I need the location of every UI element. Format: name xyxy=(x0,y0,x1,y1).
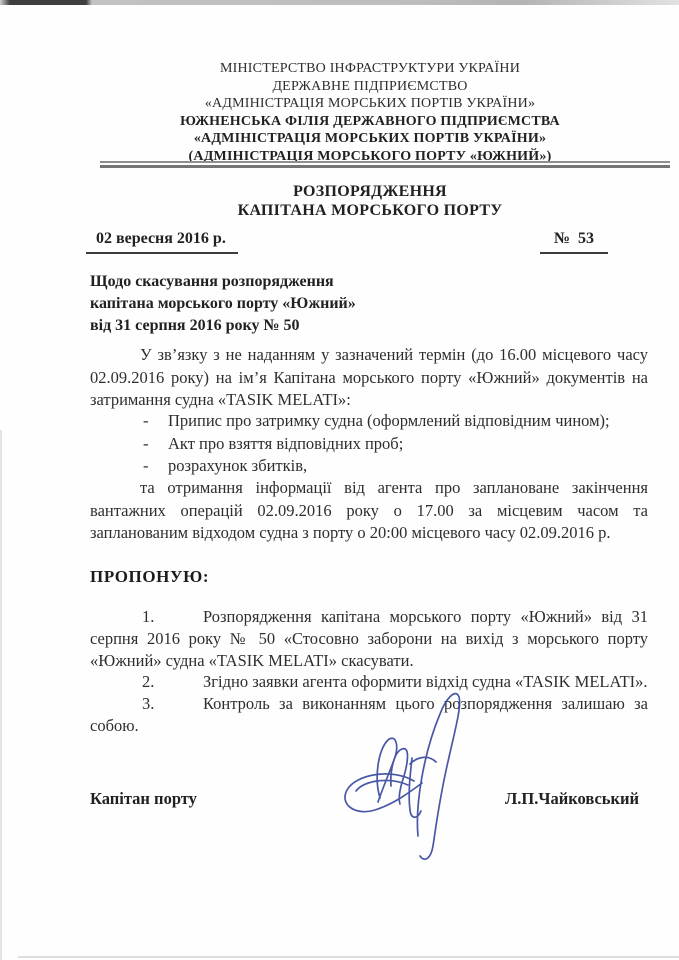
propose-heading: ПРОПОНУЮ: xyxy=(90,567,209,587)
bullet-item: - Акт про взяття відповідних проб; xyxy=(90,433,648,456)
org-header-line-bold: «АДМІНІСТРАЦІЯ МОРСЬКИХ ПОРТІВ УКРАЇНИ» xyxy=(85,130,655,148)
divider-thick-line xyxy=(100,165,670,168)
bullet-text: розрахунок збитків, xyxy=(168,456,307,475)
bullet-dash: - xyxy=(143,410,149,433)
subject-line2: капітана морського порту «Южний» xyxy=(90,293,356,315)
org-header-line: «АДМІНІСТРАЦІЯ МОРСЬКИХ ПОРТІВ УКРАЇНИ» xyxy=(85,95,655,113)
org-header-line: ДЕРЖАВНЕ ПІДПРИЄМСТВО xyxy=(85,78,655,96)
signature-role: Капітан порту xyxy=(90,789,197,809)
handwritten-signature xyxy=(328,686,483,864)
item-number: 3. xyxy=(142,693,203,715)
document-date: 02 вересня 2016 р. xyxy=(86,230,238,254)
signature-name: Л.П.Чайковський xyxy=(505,789,639,809)
document-title: РОЗПОРЯДЖЕННЯ КАПІТАНА МОРСЬКОГО ПОРТУ xyxy=(85,183,655,220)
document-title-line1: РОЗПОРЯДЖЕННЯ xyxy=(85,183,655,202)
header-divider-rule xyxy=(100,161,670,168)
numbered-item-1: 1.Розпорядження капітана морського порту… xyxy=(90,606,648,671)
bullet-item: - Припис про затримку судна (оформлений … xyxy=(90,410,648,433)
document-title-line2: КАПІТАНА МОРСЬКОГО ПОРТУ xyxy=(85,202,655,221)
bullet-dash: - xyxy=(143,455,149,478)
subject-block: Щодо скасування розпорядження капітана м… xyxy=(90,271,356,337)
document-number: № 53 xyxy=(540,230,608,254)
scan-edge-left xyxy=(0,430,2,960)
subject-line1: Щодо скасування розпорядження xyxy=(90,271,356,293)
bullet-dash: - xyxy=(143,433,149,456)
org-header-line: МІНІСТЕРСТВО ІНФРАСТРУКТУРИ УКРАЇНИ xyxy=(85,60,655,78)
item-number: 1. xyxy=(142,606,203,628)
bullet-item: - розрахунок збитків, xyxy=(90,455,648,478)
body-paragraph-2: та отримання інформації від агента про з… xyxy=(90,477,648,545)
scanned-order-document: МІНІСТЕРСТВО ІНФРАСТРУКТУРИ УКРАЇНИ ДЕРЖ… xyxy=(0,0,679,960)
scan-edge-top xyxy=(0,0,679,5)
bullet-text: Акт про взяття відповідних проб; xyxy=(168,434,403,453)
body-paragraph-1: У зв’язку з не наданням у зазначений тер… xyxy=(90,344,648,412)
org-header-line-bold: ЮЖНЕНСЬКА ФІЛІЯ ДЕРЖАВНОГО ПІДПРИЄМСТВА xyxy=(85,113,655,131)
scan-edge-bottom xyxy=(18,956,679,958)
bullet-list: - Припис про затримку судна (оформлений … xyxy=(90,410,648,478)
org-header-block: МІНІСТЕРСТВО ІНФРАСТРУКТУРИ УКРАЇНИ ДЕРЖ… xyxy=(85,60,655,165)
subject-line3: від 31 серпня 2016 року № 50 xyxy=(90,315,356,337)
item-number: 2. xyxy=(142,671,203,693)
bullet-text: Припис про затримку судна (оформлений ві… xyxy=(168,411,610,430)
